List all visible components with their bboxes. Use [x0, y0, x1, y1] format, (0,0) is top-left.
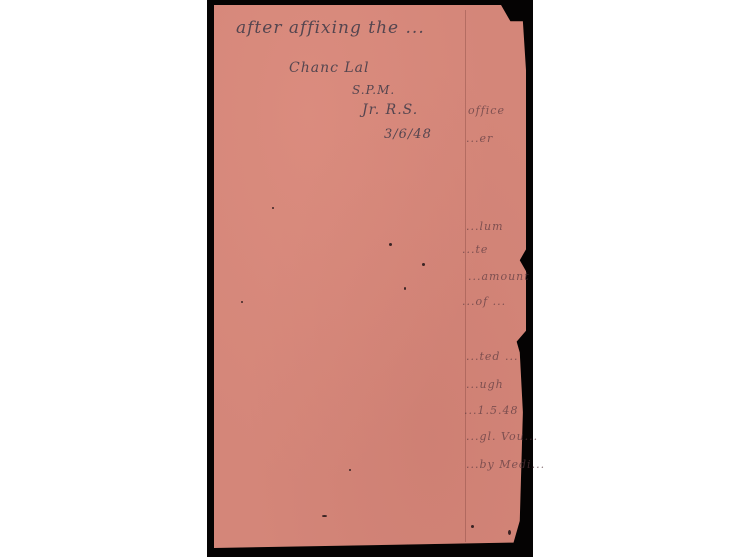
handwritten-line-2: Chanc Lal — [289, 60, 370, 76]
paper-speck — [241, 301, 243, 303]
handwritten-line-4: Jr. R.S. — [362, 102, 418, 118]
margin-fragment: ...gl. Vou... — [466, 430, 538, 443]
margin-fragment: ...er — [466, 132, 493, 145]
paper-speck — [422, 263, 425, 266]
paper-speck — [389, 243, 392, 246]
margin-fragment: ...ugh — [466, 378, 504, 391]
paper-speck — [322, 515, 327, 517]
handwritten-line-1: after affixing the ... — [236, 18, 425, 38]
margin-fragment: ...1.5.48 — [464, 404, 518, 417]
margin-fragment: ...ted ... — [466, 350, 518, 363]
margin-fragment: office — [468, 104, 505, 117]
margin-fragment: ...of ... — [462, 295, 506, 308]
handwritten-line-3: S.P.M. — [352, 83, 395, 97]
paper-speck — [508, 530, 511, 535]
paper-speck — [272, 207, 274, 209]
margin-fragment: ...amount — [468, 270, 530, 283]
handwritten-line-5: 3/6/48 — [384, 127, 432, 142]
margin-fragment: ...te — [462, 243, 488, 256]
margin-fragment: ...lum — [466, 220, 504, 233]
margin-fragment: ...by Medi... — [466, 458, 545, 471]
paper-speck — [471, 525, 474, 528]
paper-speck — [404, 287, 406, 290]
paper-speck — [349, 469, 351, 471]
